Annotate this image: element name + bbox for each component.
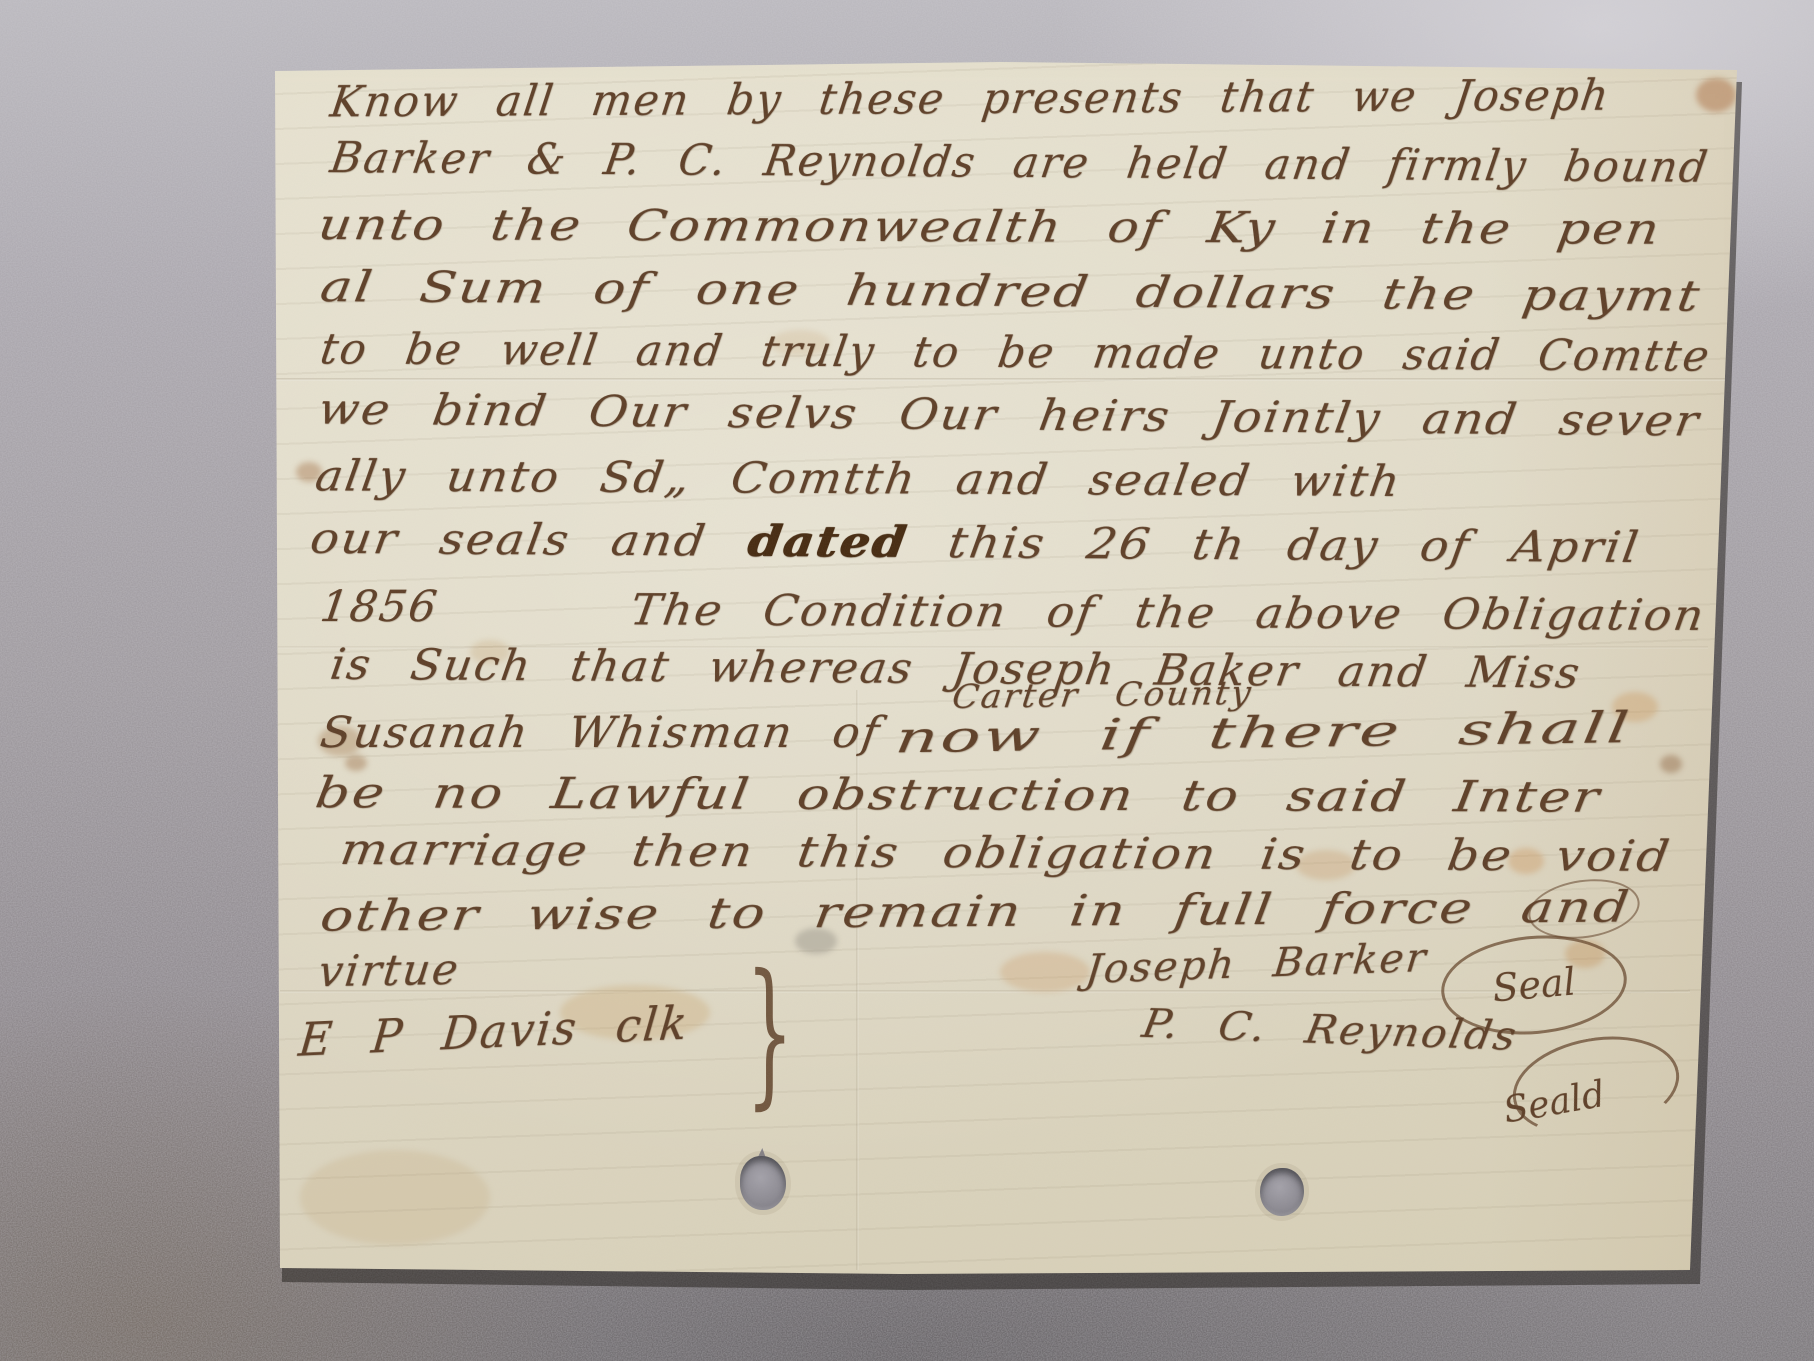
clerk-signature-text: E P Davis clk: [296, 995, 691, 1066]
seal-2-text: Seald: [1501, 1061, 1681, 1132]
document-line-2: Barker & P. C. Reynolds are held and fir…: [330, 137, 1728, 190]
document-line-14: other wise to remain in full force and: [320, 888, 1363, 938]
punch-hole-left: [740, 1156, 786, 1210]
line-text: Susanah Whisman of: [318, 712, 884, 755]
document-line-12: be no Lawful obstruction to said Inter: [315, 772, 1350, 819]
line-text: marriage then this obligation is to be v…: [337, 829, 1673, 879]
document-line-9: The Condition of the above Obligation: [630, 589, 1646, 637]
line-text: Barker & P. C. Reynolds are held and fir…: [327, 137, 1711, 190]
line-text: our seals and dated this 26 th day of Ap…: [307, 518, 1642, 570]
document-line-6: we bind Our selvs Our heirs Jointly and …: [318, 389, 1575, 443]
line-text: we bind Our selvs Our heirs Jointly and …: [315, 389, 1703, 444]
line8-overwritten-word: dated: [744, 517, 911, 568]
signature-text: P. C. Reynolds: [1139, 1004, 1521, 1057]
document-line-9-year: 1856: [320, 586, 437, 629]
seal-oval-2-partial: Seald: [1505, 1024, 1687, 1148]
line-text: The Condition of the above Obligation: [627, 589, 1708, 638]
year-1856: 1856: [318, 586, 441, 629]
document-line-11-pre: Susanah Whisman of: [320, 712, 857, 755]
document-line-1: Know all men by these presents that we J…: [330, 75, 1629, 125]
line-text: other wise to remain in full force and: [318, 886, 1634, 938]
line8-post: this 26 th day of April: [945, 518, 1644, 573]
line-text: to be well and truly to be made unto sai…: [317, 328, 1713, 378]
stain: [1660, 755, 1682, 773]
signature-pc-reynolds: P. C. Reynolds: [1141, 1004, 1498, 1056]
line-text: now if there shall: [893, 707, 1634, 760]
punch-hole-right: [1260, 1168, 1304, 1216]
carter-county-insert: Carter County: [950, 676, 1254, 713]
interlined-insertion: Carter County: [952, 676, 1240, 713]
line-text: be no Lawful obstruction to said Inter: [313, 772, 1604, 819]
signature-text: Joseph Barker: [1084, 938, 1430, 990]
stain: [1000, 952, 1090, 992]
document-line-13: marriage then this obligation is to be v…: [340, 829, 1497, 878]
document-line-15: virtue: [318, 949, 460, 994]
line8-pre: our seals and: [307, 514, 710, 567]
photo-of-handwritten-document: Know all men by these presents that we J…: [0, 0, 1814, 1361]
document-line-7: ally unto Sd„ Comtth and sealed with: [315, 455, 1335, 503]
document-line-10: is Such that whereas Joseph Baker and Mi…: [330, 644, 1538, 695]
document-line-3: unto the Commonwealth of Ky in the pen: [318, 204, 1441, 251]
document-line-11-post: now if there shall: [895, 711, 1378, 761]
clerk-signature: E P Davis clk: [297, 995, 696, 1066]
seal-1-text: Seal: [1442, 955, 1625, 1015]
stain: [300, 1150, 490, 1245]
document-line-8: our seals and dated this 26 th day of Ap…: [310, 518, 1523, 569]
line-text: unto the Commonwealth of Ky in the pen: [316, 204, 1664, 252]
clerk-brace: }: [746, 954, 794, 1112]
line-text: al Sum of one hundred dollars the paymt: [317, 266, 1704, 319]
line-text: Know all men by these presents that we J…: [328, 75, 1613, 125]
stain: [1696, 78, 1736, 112]
document-line-5: to be well and truly to be made unto sai…: [320, 328, 1706, 378]
line-text: virtue: [316, 949, 462, 995]
document-line-4: al Sum of one hundred dollars the paymt: [320, 266, 1445, 317]
line-text: ally unto Sd„ Comtth and sealed with: [312, 455, 1404, 504]
signature-joseph-barker: Joseph Barker: [1084, 938, 1421, 990]
